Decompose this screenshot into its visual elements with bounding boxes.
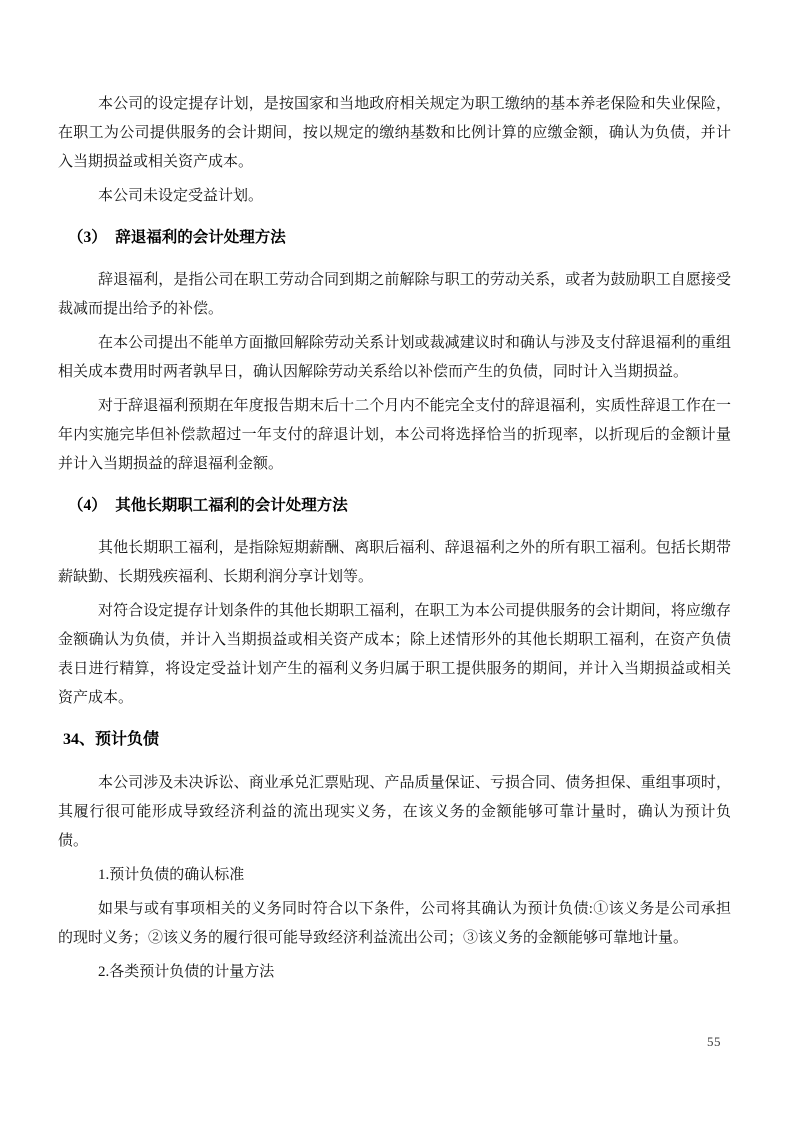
- paragraph-other-longterm-benefits-definition: 其他长期职工福利，是指除短期薪酬、离职后福利、辞退福利之外的所有职工福利。包括长…: [58, 534, 731, 592]
- subsection-heading-other-longterm-benefits: （4）其他长期职工福利的会计处理方法: [58, 491, 731, 520]
- paragraph-provisions-overview: 本公司涉及未决诉讼、商业承兑汇票贴现、产品质量保证、亏损合同、债务担保、重组事项…: [58, 769, 731, 856]
- subsection-title: 其他长期职工福利的会计处理方法: [115, 497, 348, 514]
- list-item-provisions-measurement-method: 2.各类预计负债的计量方法: [58, 958, 731, 987]
- subsection-number: （4）: [68, 497, 107, 514]
- paragraph-no-defined-benefit-plan: 本公司未设定受益计划。: [58, 182, 731, 211]
- paragraph-termination-benefits-definition: 辞退福利，是指公司在职工劳动合同到期之前解除与职工的劳动关系，或者为鼓励职工自愿…: [58, 266, 731, 324]
- paragraph-other-longterm-benefits-accounting: 对符合设定提存计划条件的其他长期职工福利，在职工为本公司提供服务的会计期间，将应…: [58, 597, 731, 713]
- paragraph-defined-contribution-plan: 本公司的设定提存计划，是按国家和当地政府相关规定为职工缴纳的基本养老保险和失业保…: [58, 90, 731, 177]
- paragraph-provisions-conditions: 如果与或有事项相关的义务同时符合以下条件，公司将其确认为预计负债:①该义务是公司…: [58, 895, 731, 953]
- section-heading-provisions: 34、预计负债: [58, 725, 731, 755]
- paragraph-termination-benefits-discount: 对于辞退福利预期在年度报告期末后十二个月内不能完全支付的辞退福利，实质性辞退工作…: [58, 392, 731, 479]
- subsection-number: （3）: [68, 229, 107, 246]
- document-body: 本公司的设定提存计划，是按国家和当地政府相关规定为职工缴纳的基本养老保险和失业保…: [58, 90, 731, 992]
- paragraph-termination-benefits-recognition: 在本公司提出不能单方面撤回解除劳动关系计划或裁减建议时和确认与涉及支付辞退福利的…: [58, 329, 731, 387]
- page-number: 55: [707, 1034, 721, 1050]
- subsection-heading-termination-benefits: （3）辞退福利的会计处理方法: [58, 223, 731, 252]
- list-item-provisions-recognition-criteria: 1.预计负债的确认标准: [58, 861, 731, 890]
- subsection-title: 辞退福利的会计处理方法: [115, 229, 286, 246]
